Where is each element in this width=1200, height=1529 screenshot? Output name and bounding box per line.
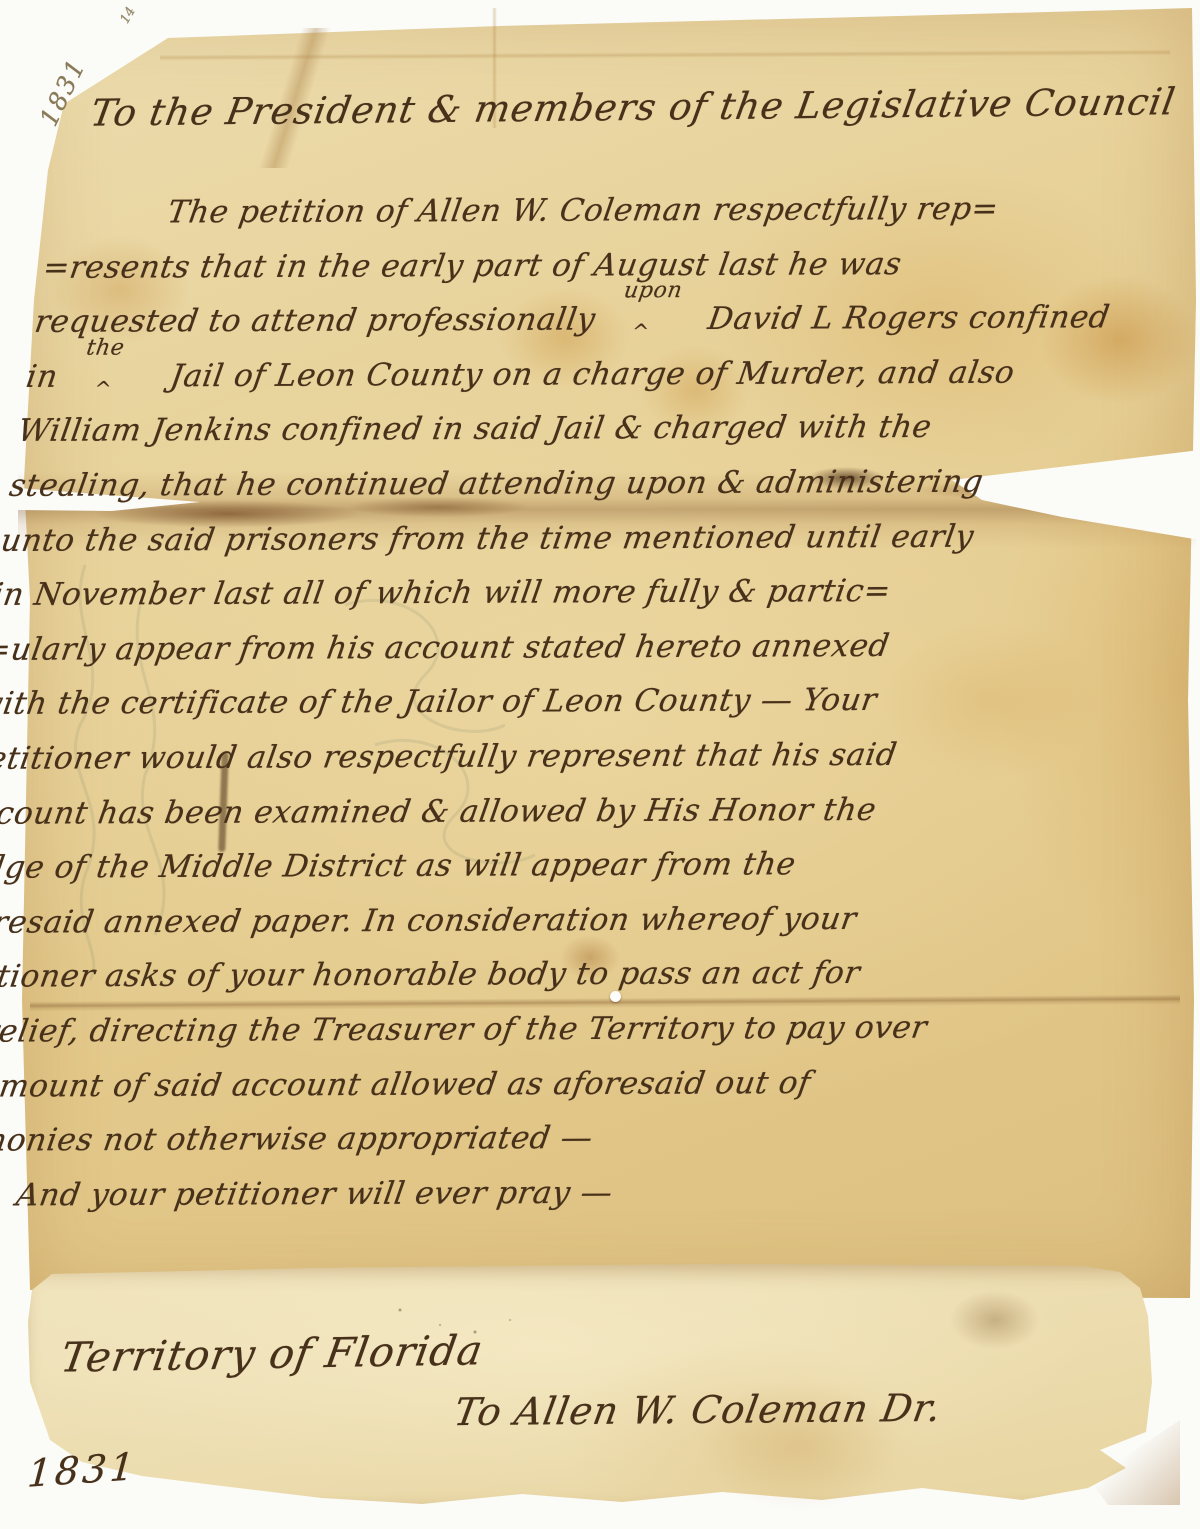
handwritten-line: William Jenkins confined in said Jail & …	[0, 399, 1150, 459]
edge-mark-annotation: 14	[118, 5, 139, 27]
petition-body: The petition of Allen W. Coleman respect…	[0, 181, 1184, 1223]
handwritten-line: account has been examined & allowed by H…	[0, 782, 1091, 842]
account-debit-line: To Allen W. Coleman Dr.	[451, 1386, 945, 1434]
handwritten-line: petitioner asks of your honorable body t…	[0, 945, 1066, 1005]
handwritten-line: =resents that in the early part of Augus…	[21, 236, 1175, 296]
handwritten-line: in the^ Jail of Leon County on a charge …	[4, 345, 1158, 405]
handwritten-line: any monies not otherwise appropriated —	[0, 1109, 1041, 1169]
handwritten-line: his relief, directing the Treasurer of t…	[0, 1000, 1058, 1060]
footer-year: 1831	[26, 1444, 139, 1495]
paper-sheet-bottom-slip	[22, 1262, 1182, 1512]
handwritten-line: The petition of Allen W. Coleman respect…	[30, 181, 1184, 241]
handwritten-line: unto the said prisoners from the time me…	[0, 509, 1133, 569]
handwritten-line: stealing, that he continued attending up…	[0, 454, 1142, 514]
handwritten-line: petitioner would also respectfully repre…	[0, 727, 1100, 787]
handwritten-line: the amount of said account allowed as af…	[0, 1054, 1049, 1114]
handwritten-line: in November last all of which will more …	[0, 563, 1125, 623]
handwritten-line: =ularly appear from his account stated h…	[0, 618, 1117, 678]
scan-background: { "page": { "background_color": "#fbfbf8…	[0, 0, 1200, 1529]
territory-line: Territory of Florida	[58, 1326, 487, 1381]
insertion-word: upon	[620, 264, 687, 319]
handwritten-line: Judge of the Middle District as will app…	[0, 836, 1083, 896]
handwritten-line: And your petitioner will ever pray —	[0, 1164, 1032, 1224]
inline-insertion: the^	[67, 355, 164, 386]
handwritten-line: requested to attend professionally upon^…	[13, 290, 1167, 350]
handwritten-line: with the certificate of the Jailor of Le…	[0, 672, 1108, 732]
inline-insertion: upon^	[604, 298, 701, 329]
handwritten-line: aforesaid annexed paper. In consideratio…	[0, 891, 1074, 951]
